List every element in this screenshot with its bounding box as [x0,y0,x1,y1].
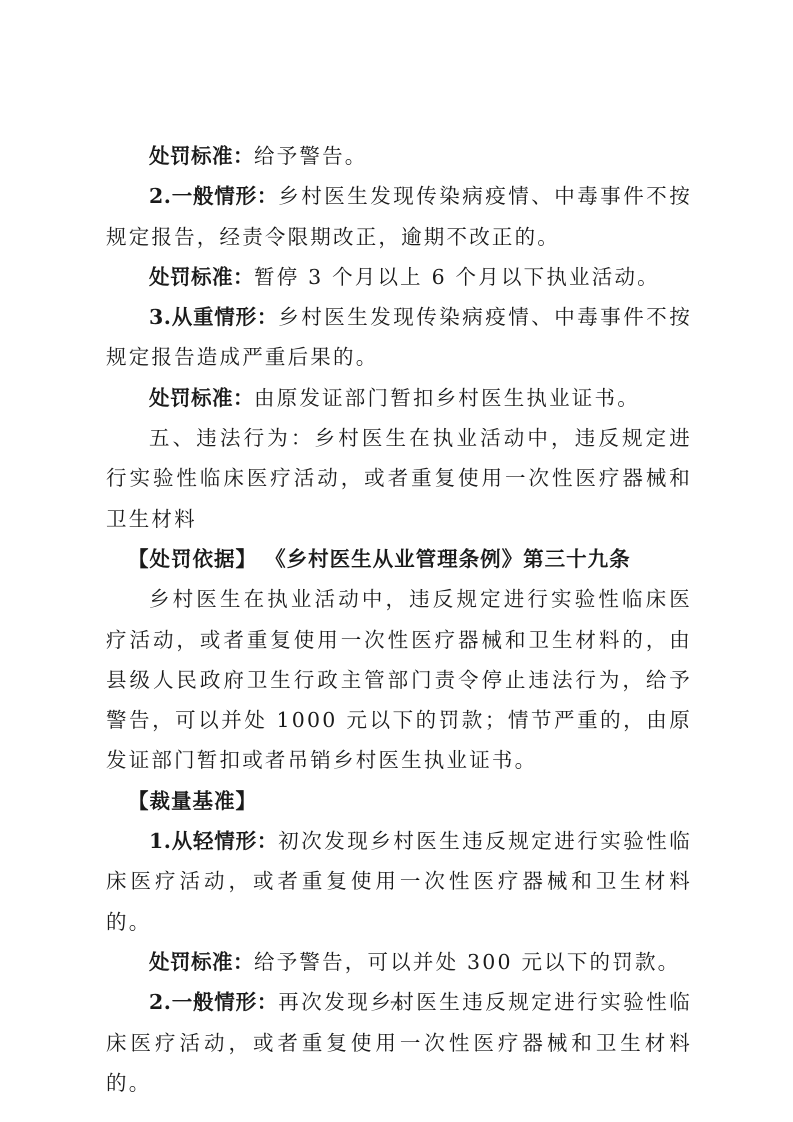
penalty-standard-suspension: 处罚标准：暂停 3 个月以上 6 个月以下执业活动。 [106,257,692,297]
penalty-standard-text: 暂停 3 个月以上 6 个月以下执业活动。 [254,265,660,289]
discretion-standard-heading: 【裁量基准】 [128,781,692,821]
penalty-standard-label: 处罚标准： [149,950,254,974]
penalty-standard-text: 给予警告，可以并处 300 元以下的罚款。 [254,950,680,974]
penalty-standard-warning: 处罚标准：给予警告。 [106,136,692,176]
general-case-label: 2.一般情形： [149,184,278,208]
violation-five: 五、违法行为：乡村医生在执业活动中，违反规定进行实验性临床医疗活动，或者重复使用… [106,418,692,539]
regulation-text: 乡村医生在执业活动中，违反规定进行实验性临床医疗活动，或者重复使用一次性医疗器械… [106,579,692,780]
penalty-standard-fine: 处罚标准：给予警告，可以并处 300 元以下的罚款。 [106,942,692,982]
general-case-epidemic: 2.一般情形：乡村医生发现传染病疫情、中毒事件不按规定报告，经责令限期改正，逾期… [106,176,692,257]
light-case-experiment: 1.从轻情形：初次发现乡村医生违反规定进行实验性临床医疗活动，或者重复使用一次性… [106,821,692,942]
document-page: 处罚标准：给予警告。 2.一般情形：乡村医生发现传染病疫情、中毒事件不按规定报告… [106,136,692,1103]
severe-case-epidemic: 3.从重情形：乡村医生发现传染病疫情、中毒事件不按规定报告造成严重后果的。 [106,297,692,378]
penalty-standard-text: 由原发证部门暂扣乡村医生执业证书。 [254,386,640,410]
penalty-standard-label: 处罚标准： [149,386,254,410]
penalty-standard-certificate: 处罚标准：由原发证部门暂扣乡村医生执业证书。 [106,378,692,418]
page-number: 78 [0,998,793,1014]
penalty-standard-text: 给予警告。 [254,144,368,168]
penalty-standard-label: 处罚标准： [149,265,254,289]
penalty-standard-label: 处罚标准： [149,144,254,168]
severe-case-label: 3.从重情形： [149,305,278,329]
penalty-basis-heading: 【处罚依据】 《乡村医生从业管理条例》第三十九条 [128,539,692,579]
light-case-label: 1.从轻情形： [149,829,278,853]
